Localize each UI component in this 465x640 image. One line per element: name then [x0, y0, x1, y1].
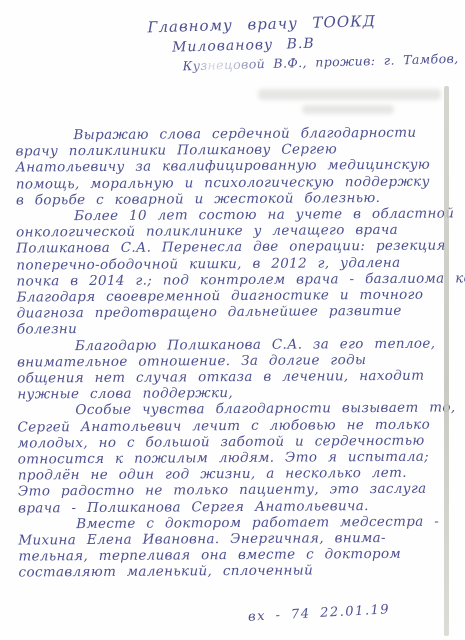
handwritten-line: помощь, моральную и психологическую подд… — [16, 173, 458, 192]
handwritten-line: Вместе с доктором работает медсестра - — [18, 513, 460, 532]
handwritten-line: общения нет случая отказа в лечении, нах… — [17, 368, 459, 387]
letter-header: Главному врачу ТООКД Милованову В.В Кузн… — [147, 10, 458, 75]
paragraph: Особые чувства благодарности вызывает то… — [17, 400, 460, 517]
registration-mark: вх - 74 22.01.19 — [248, 602, 391, 624]
paragraph: Выражаю слова сердечной благодарностивра… — [15, 124, 458, 208]
handwritten-line: Благодарю Полшканова С.А. за его теплое, — [17, 335, 459, 354]
handwritten-line: составляют маленький, сплоченный — [18, 562, 460, 581]
paragraph: Более 10 лет состою на учете в областной… — [16, 205, 459, 338]
handwritten-line: Выражаю слова сердечной благодарности — [15, 124, 457, 143]
handwritten-line: Это радостно не только пациенту, это зас… — [18, 481, 460, 500]
letter-body: Выражаю слова сердечной благодарностивра… — [15, 124, 460, 581]
scanned-letter-page: Главному врачу ТООКД Милованову В.В Кузн… — [0, 0, 465, 640]
erased-text-smudge — [302, 105, 394, 114]
paragraph: Благодарю Полшканова С.А. за его теплое,… — [17, 335, 459, 403]
erased-text-smudge — [258, 89, 441, 100]
paper-edge-shadow — [444, 86, 449, 636]
paragraph: Вместе с доктором работает медсестра -Ми… — [18, 513, 460, 581]
